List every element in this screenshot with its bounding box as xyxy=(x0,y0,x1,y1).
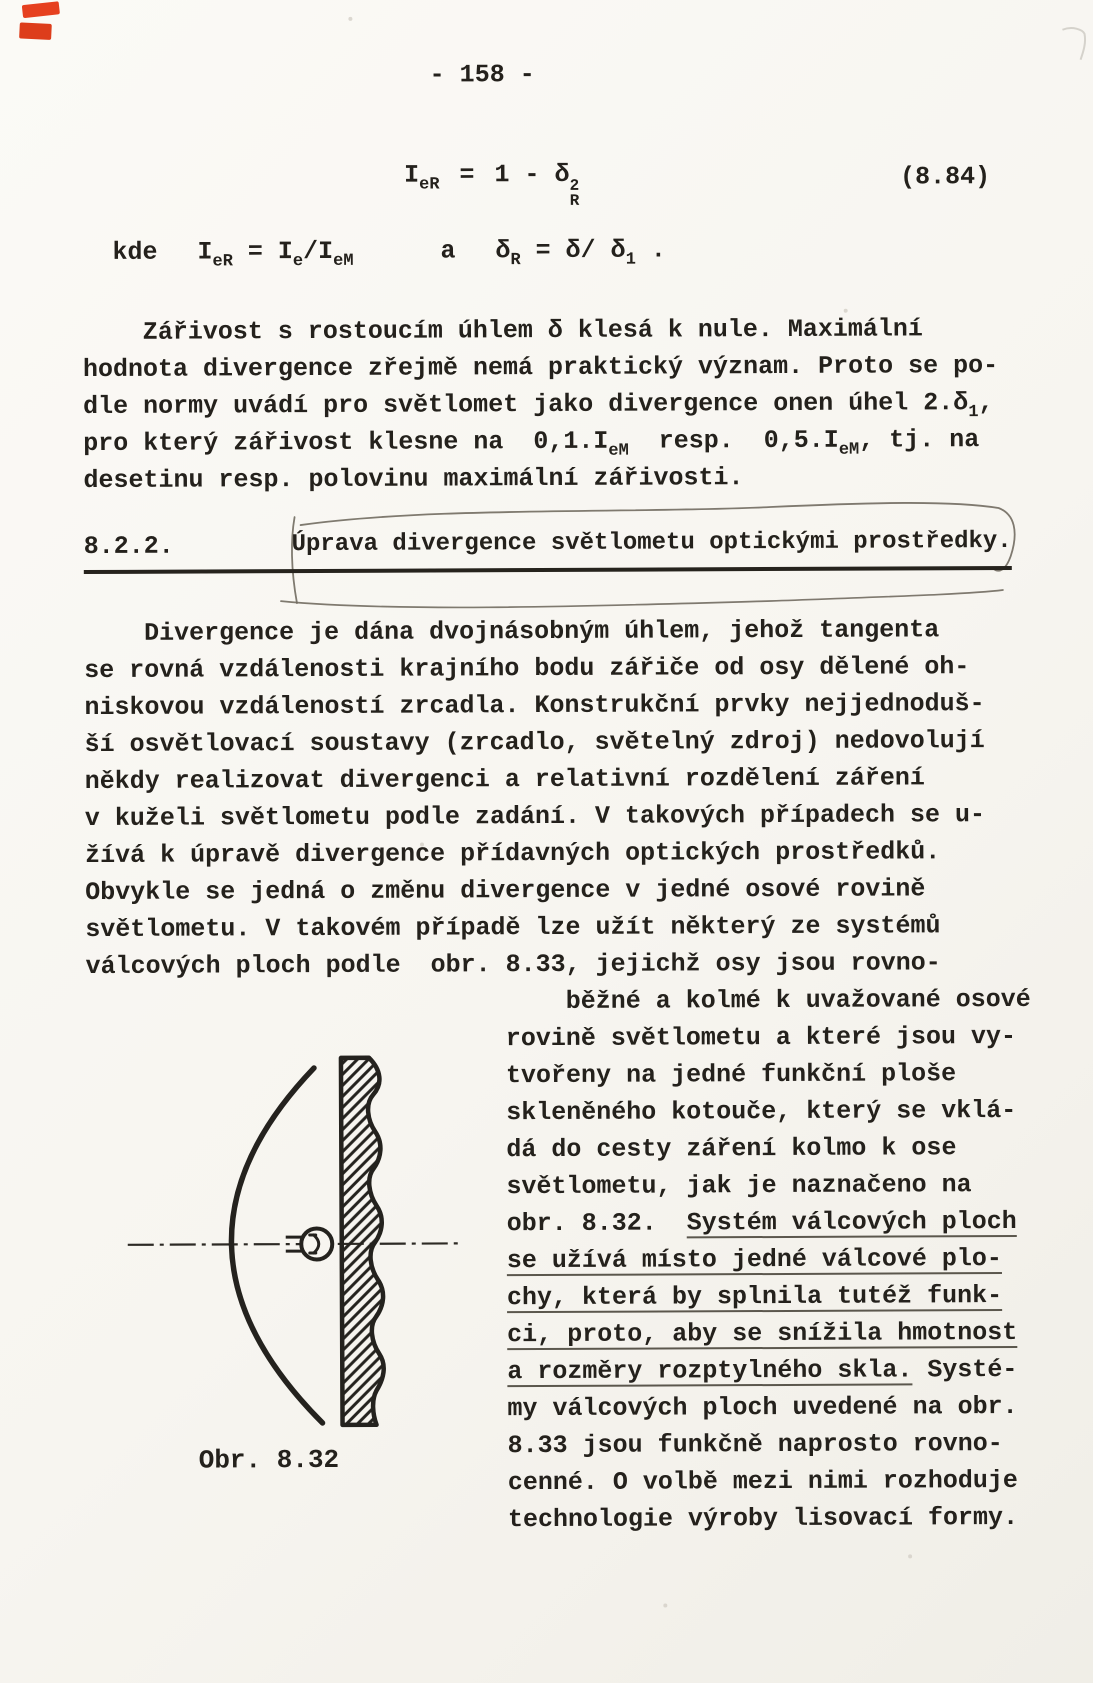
text-line: dle normy uvádí pro světlomet jako diver… xyxy=(83,384,1023,425)
text-line: žívá k úpravě divergence přídavných opti… xyxy=(85,833,1035,874)
text-line: ci, proto, aby se snížila hmotnost xyxy=(507,1314,1037,1353)
text-line: cenné. O volbě mezi nimi rozhoduje xyxy=(508,1462,1038,1501)
text-line: rovině světlometu a které jsou vy- xyxy=(506,1018,1036,1057)
optical-axis xyxy=(128,1243,460,1244)
text-line: skleněného kotouče, který se vklá- xyxy=(506,1092,1036,1131)
text-line: dá do cesty záření kolmo k ose xyxy=(506,1129,1036,1168)
where-expr-2: δR = δ/ δ1 . xyxy=(495,235,666,265)
scanned-page: - 158 - IeR=1 - δ2R (8.84) kde IeR = Ie/… xyxy=(0,0,1093,1683)
section-number: 8.2.2. xyxy=(84,531,292,561)
paragraph-body: Divergence je dána dvojnásobným úhlem, j… xyxy=(84,611,1036,985)
text-line: Zářivost s rostoucím úhlem δ klesá k nul… xyxy=(83,310,1023,351)
equation-rhs: 1 - δ2R xyxy=(494,160,579,189)
where-expr-1: IeR = Ie/IeM xyxy=(197,237,353,267)
scan-speck xyxy=(908,1554,912,1558)
text-line: technologie výroby lisovací formy. xyxy=(508,1499,1038,1538)
text-line: běžné a kolmé k uvažované osové xyxy=(506,981,1036,1020)
figure-optical-diagram xyxy=(119,1022,501,1456)
text-line: Obvykle se jedná o změnu divergence v je… xyxy=(85,870,1035,911)
light-source-icon xyxy=(286,1228,333,1259)
text-line: niskovou vzdáleností zrcadla. Konstrukčn… xyxy=(84,685,1034,726)
text-line: chy, která by splnila tutéž funk- xyxy=(507,1277,1037,1316)
section-title: Úprava divergence světlometu optickými p… xyxy=(292,528,1012,560)
wrapped-text-column: běžné a kolmé k uvažované osovérovině sv… xyxy=(506,981,1038,1538)
text-line: Divergence je dána dvojnásobným úhlem, j… xyxy=(84,611,1034,652)
text-line: pro který zářivost klesne na 0,1.IeM res… xyxy=(83,421,1023,462)
equation-number: (8.84) xyxy=(900,162,990,191)
red-mark xyxy=(19,22,52,40)
text-line: světlometu. V takovém případě lze užít n… xyxy=(85,907,1035,948)
where-clause: kde IeR = Ie/IeM a δR = δ/ δ1 . xyxy=(0,234,1091,279)
text-line: ší osvětlovací soustavy (zrcadlo, světel… xyxy=(84,722,1034,763)
text-line: a rozměry rozptylného skla. Systé- xyxy=(507,1351,1037,1390)
where-word: kde xyxy=(112,238,157,267)
scan-speck xyxy=(348,17,352,21)
text-line: tvořeny na jedné funkční ploše xyxy=(506,1055,1036,1094)
text-line: 8.33 jsou funkčně naprosto rovno- xyxy=(508,1425,1038,1464)
red-mark xyxy=(22,1,60,18)
lens-plate xyxy=(341,1058,384,1425)
scan-speck xyxy=(663,1603,667,1607)
scan-edge-artifact xyxy=(1058,20,1088,64)
section-heading: 8.2.2. Úprava divergence světlometu opti… xyxy=(84,528,1012,574)
text-line: se užívá místo jedné válcové plo- xyxy=(507,1240,1037,1279)
text-line: my válcových ploch uvedené na obr. xyxy=(507,1388,1037,1427)
text-line: obr. 8.32. Systém válcových ploch xyxy=(507,1203,1037,1242)
text-line: v kuželi světlometu podle zadání. V tako… xyxy=(85,796,1035,837)
text-line: světlometu, jak je naznačeno na xyxy=(506,1166,1036,1205)
equation: IeR=1 - δ2R xyxy=(404,160,579,210)
where-conjunction: a xyxy=(440,236,455,265)
equation-lhs: IeR xyxy=(404,160,440,189)
text-line: hodnota divergence zřejmě nemá praktický… xyxy=(83,347,1023,388)
figure-caption: Obr. 8.32 xyxy=(199,1445,340,1476)
text-line: se rovná vzdálenosti krajního bodu zářič… xyxy=(84,648,1034,689)
text-line: válcových ploch podle obr. 8.33, jejichž… xyxy=(85,944,1035,985)
text-line: někdy realizovat divergenci a relativní … xyxy=(85,759,1035,800)
page-number: - 158 - xyxy=(430,60,535,89)
